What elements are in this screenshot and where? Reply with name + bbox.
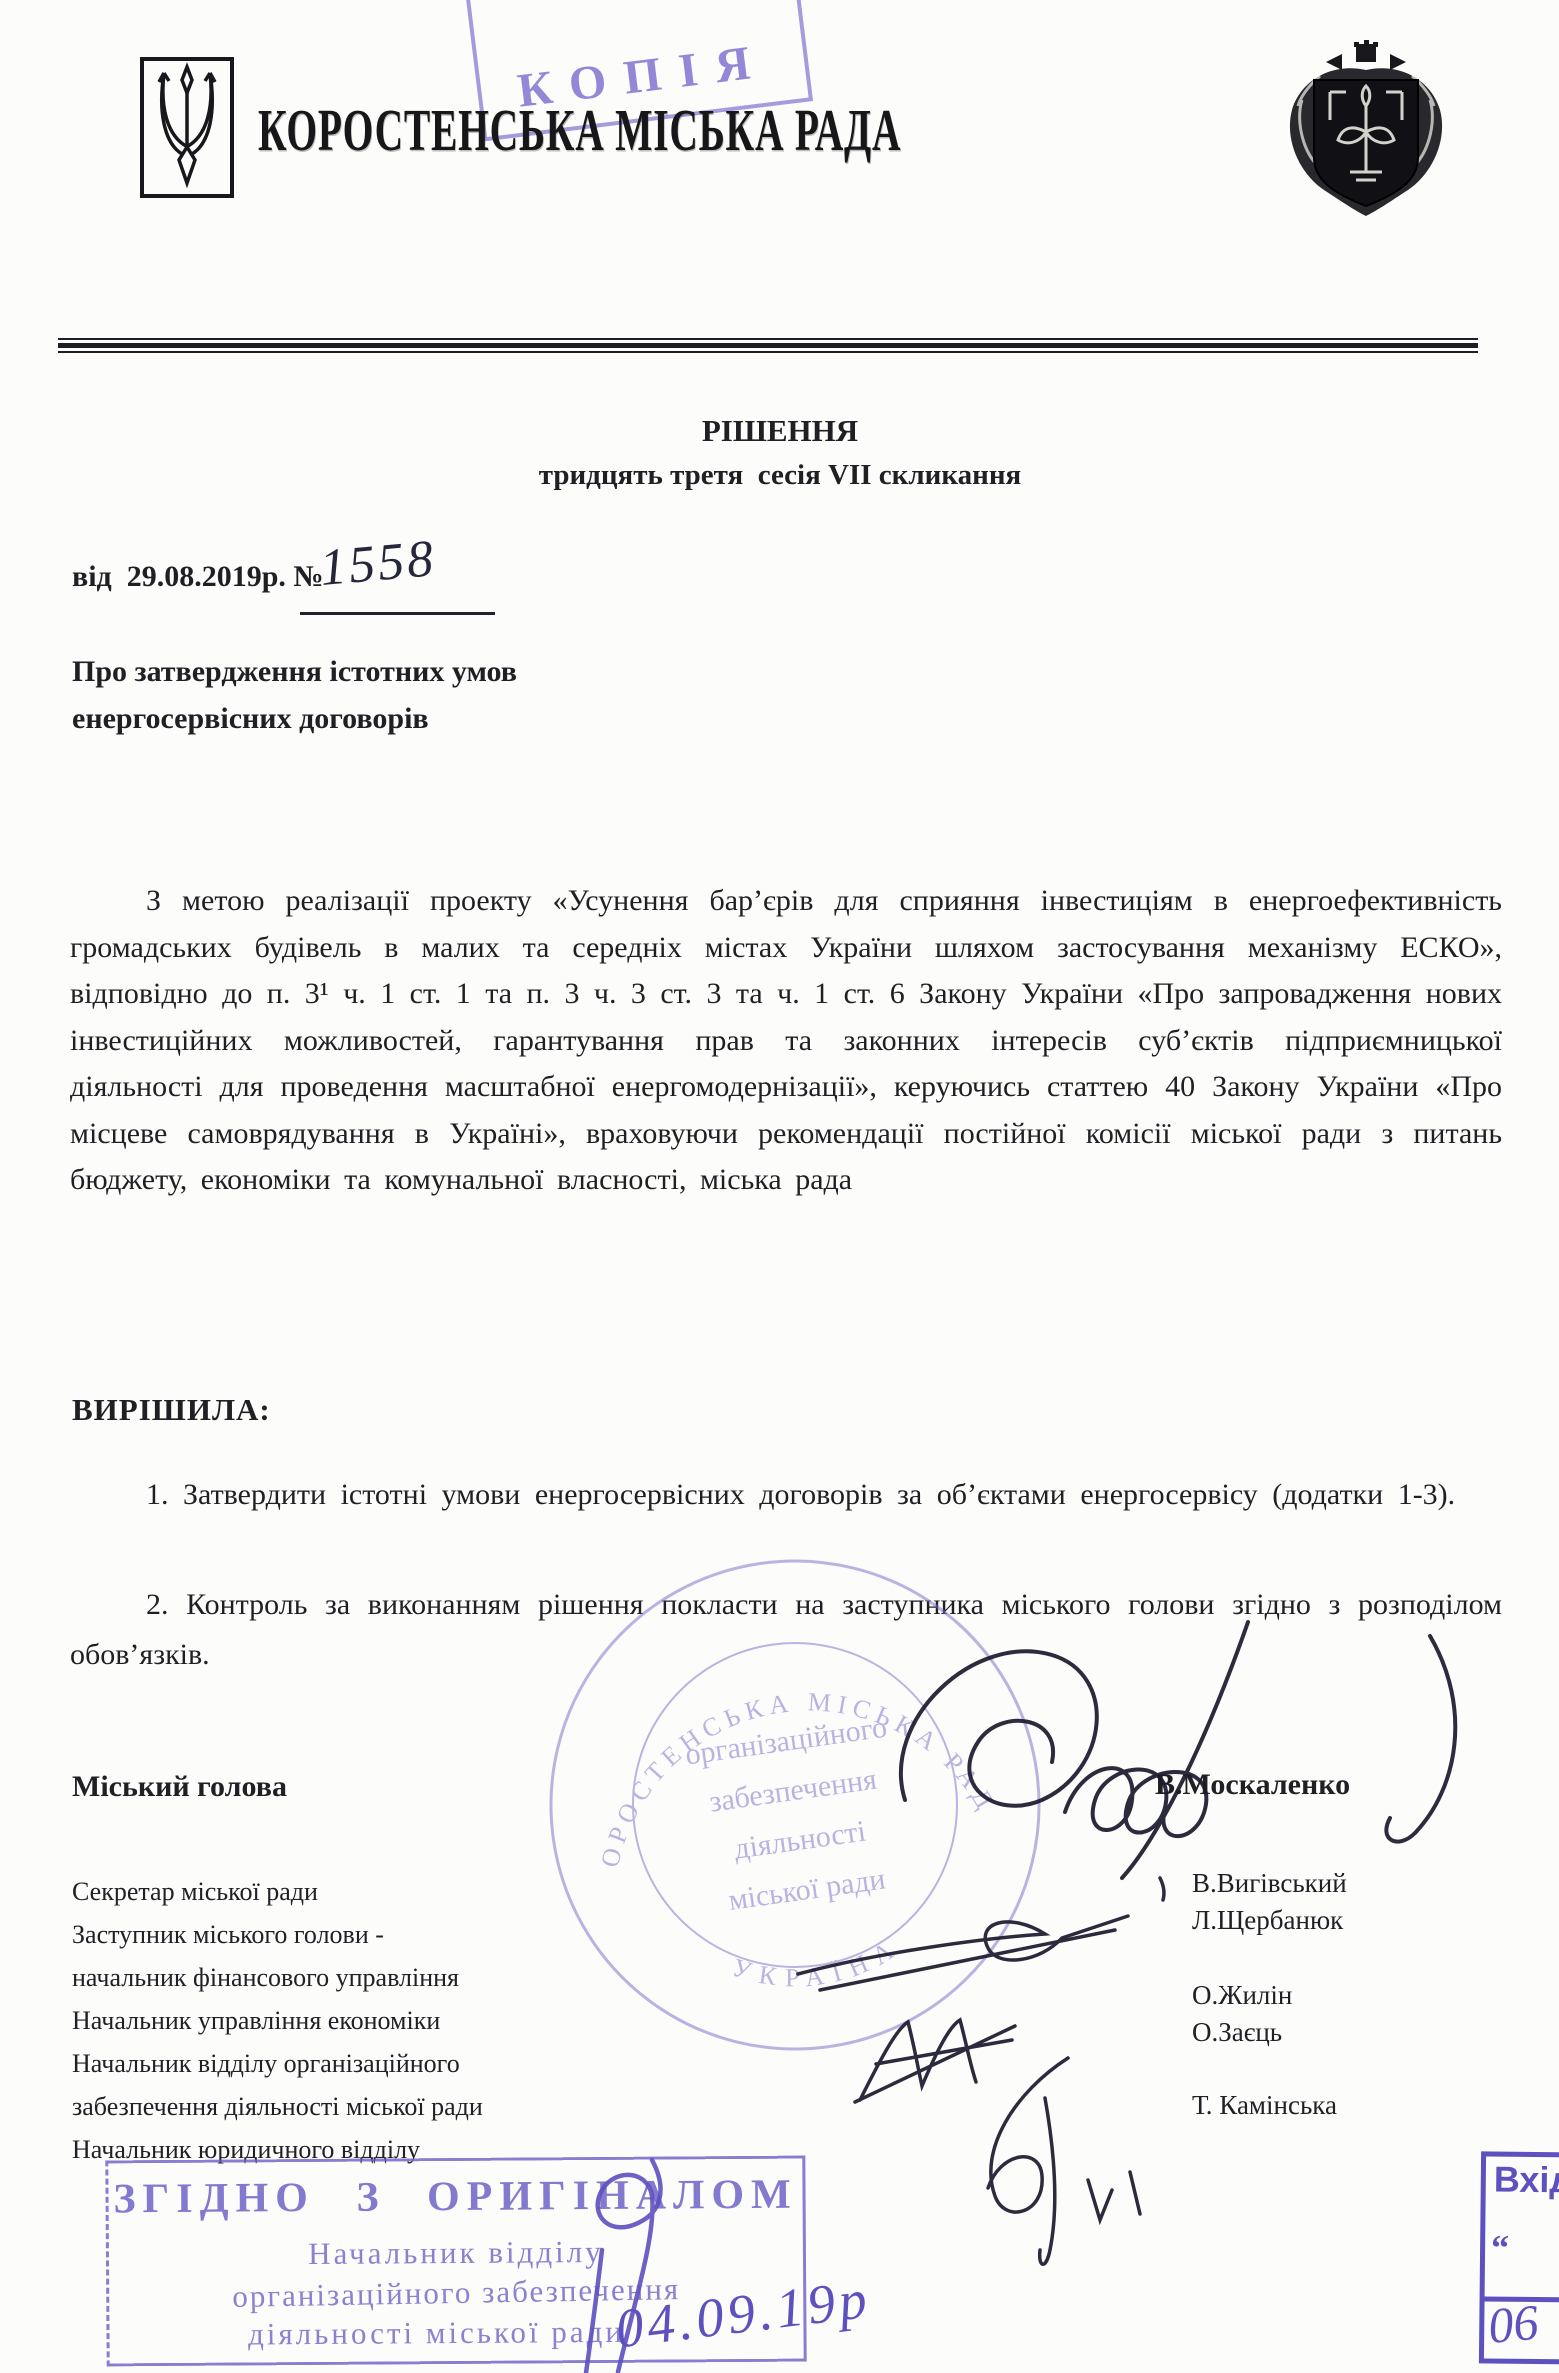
decision-number-handwritten: 1558 — [318, 529, 439, 598]
certify-stamp-title: ЗГІДНО З ОРИГІНАЛОМ — [108, 2171, 802, 2224]
resolution-item-1: 1. Затвердити істотні умови енергосервіс… — [70, 1470, 1502, 1520]
coat-of-arms-icon — [1268, 40, 1464, 220]
round-stamp-line-4: міської ради — [726, 1862, 887, 1917]
council-name: КОРОСТЕНСЬКА МІСЬКА РАДА — [258, 84, 836, 180]
official-title-economy: Начальник управління економіки — [72, 1999, 483, 2042]
decision-title: РІШЕННЯ — [60, 413, 1500, 449]
session-subtitle: тридцять третя сесія VII скликання — [60, 459, 1500, 492]
mayor-title: Міський голова — [72, 1770, 287, 1804]
officials-title-list: Секретар міської ради Заступник міського… — [72, 1870, 483, 2171]
date-line: від 29.08.2019р. № — [72, 560, 324, 594]
preamble-paragraph: З метою реалізації проекту «Усунення бар… — [70, 878, 1502, 1204]
incoming-box-label: Вхід — [1494, 2159, 1559, 2202]
round-stamp-ring-bottom-text: УКРАЇНА — [725, 1929, 910, 2003]
city-coat-of-arms — [1268, 40, 1464, 220]
incoming-box-number: 06 — [1486, 2293, 1541, 2355]
round-stamp-line-2: забезпечення — [707, 1763, 879, 1819]
header-separator-rule — [58, 338, 1478, 353]
document-page: КОПІЯ КОРОСТЕНСЬКА МІСЬКА РАДА — [0, 0, 1559, 2373]
official-name-kaminska: Т. Камінська — [1192, 2090, 1337, 2121]
svg-text:УКРАЇНА: УКРАЇНА — [725, 1929, 910, 2003]
official-name-shcherbaniuk: Л.Щербанюк — [1192, 1905, 1343, 1936]
official-name-zaiets: О.Заєць — [1192, 2017, 1282, 2048]
round-stamp-line-3: діяльності — [732, 1815, 868, 1866]
trident-icon — [144, 61, 230, 194]
official-name-zhylin: О.Жилін — [1192, 1980, 1292, 2011]
mayor-name: В.Москаленко — [1155, 1768, 1350, 1802]
subject-line-2: енергосервісних договорів — [72, 695, 517, 742]
trident-emblem-box — [140, 57, 234, 198]
official-title-deputy-finance: Заступник міського голови - начальник фі… — [72, 1913, 483, 1999]
zaiets-signature-ink — [988, 2058, 1140, 2264]
decision-number-underline — [300, 612, 495, 615]
incoming-registration-box: Вхід “ 06 — [1479, 2151, 1559, 2364]
official-title-secretary: Секретар міської ради — [72, 1870, 483, 1913]
round-official-stamp: КОРОСТЕНСЬКА МІСЬКА РАДА УКРАЇНА організ… — [535, 1545, 1055, 2065]
incoming-box-quote-mark: “ — [1491, 2227, 1509, 2269]
subject-line-1: Про затвердження істотних умов — [72, 648, 517, 695]
resolved-heading: ВИРІШИЛА: — [72, 1392, 271, 1428]
certify-stamp-line-2: Начальник відділу — [109, 2233, 803, 2274]
decision-subject: Про затвердження істотних умов енергосер… — [72, 648, 517, 742]
official-name-vygivskyi: В.Вигівський — [1192, 1868, 1347, 1899]
official-title-org-dept: Начальник відділу організаційного забезп… — [72, 2042, 483, 2128]
